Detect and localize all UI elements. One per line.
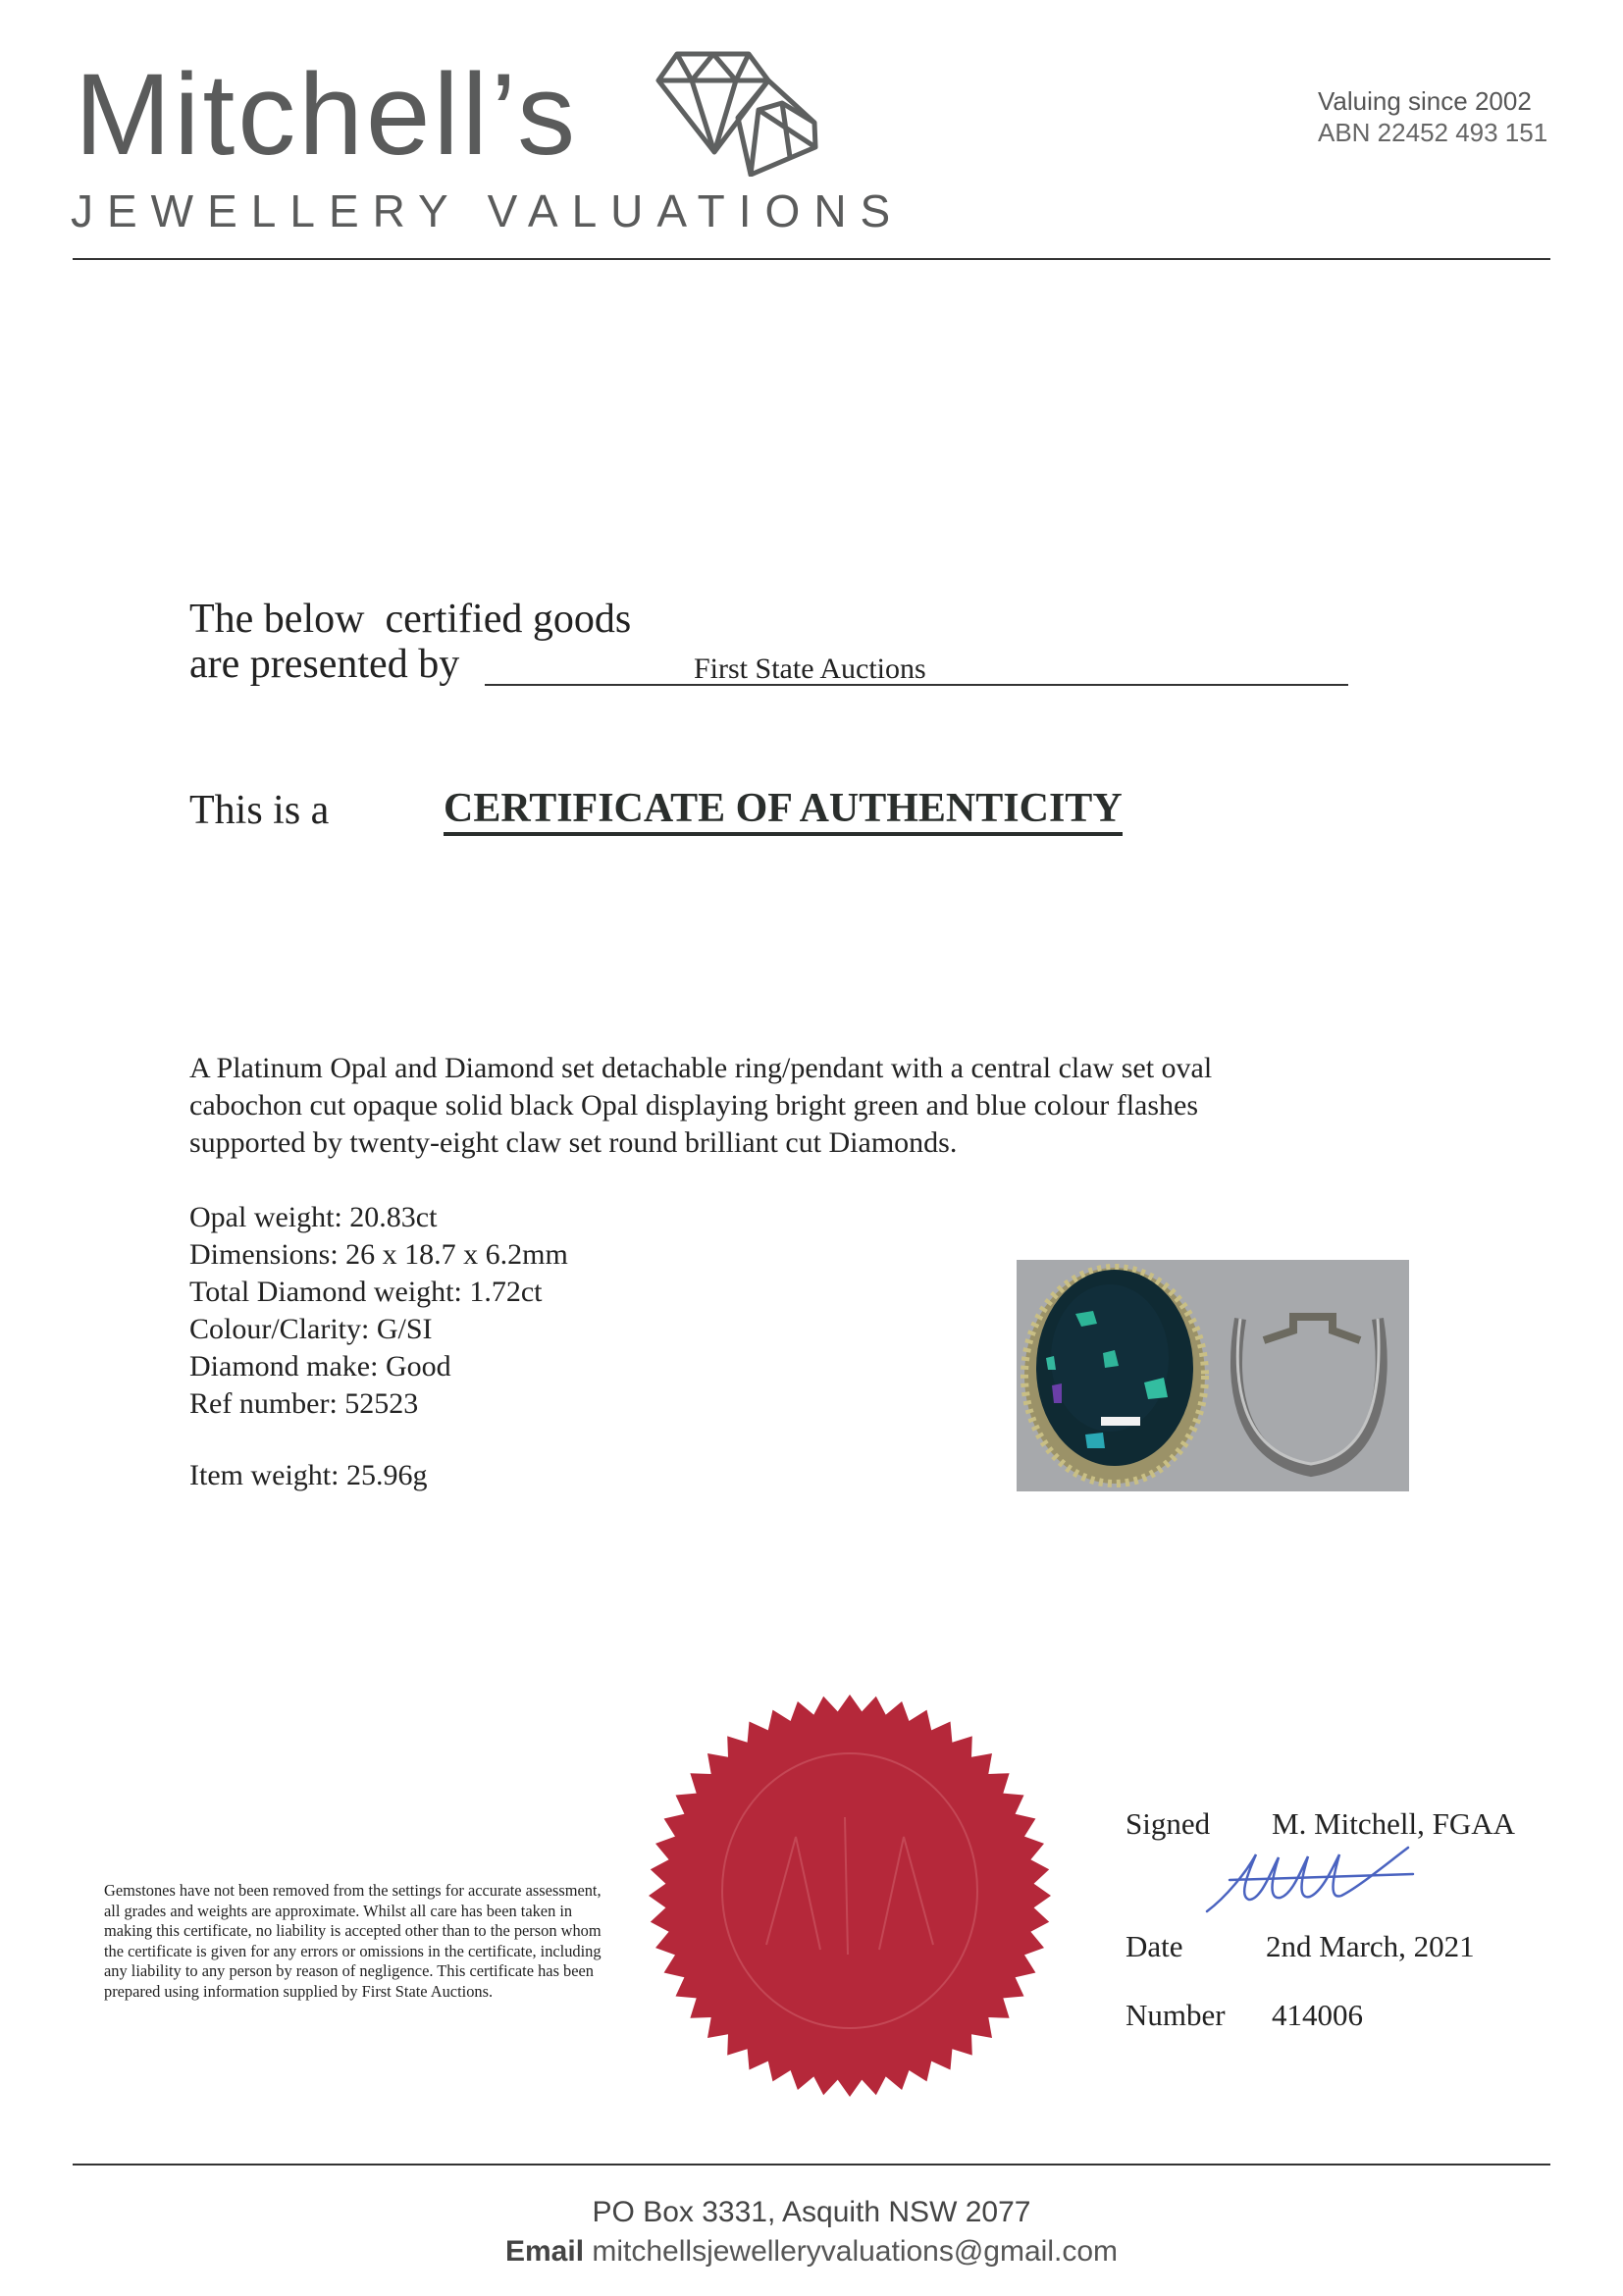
footer-divider bbox=[73, 2164, 1550, 2166]
spec-diamond-weight: Total Diamond weight: 1.72ct bbox=[189, 1274, 568, 1311]
spec-opal-weight: Opal weight: 20.83ct bbox=[189, 1199, 568, 1236]
disclaimer-text: Gemstones have not been removed from the… bbox=[104, 1881, 614, 2002]
two-diamonds-icon bbox=[643, 49, 819, 177]
date-value: 2nd March, 2021 bbox=[1266, 1931, 1475, 1961]
footer-email-line: Email mitchellsjewelleryvaluations@gmail… bbox=[0, 2235, 1623, 2269]
item-weight: Item weight: 25.96g bbox=[189, 1459, 427, 1492]
handwritten-signature-icon bbox=[1202, 1843, 1418, 1916]
certificate-title: CERTIFICATE OF AUTHENTICITY bbox=[444, 788, 1123, 836]
email-link[interactable]: mitchellsjewelleryvaluations@gmail.com bbox=[592, 2235, 1118, 2268]
presenter-name: First State Auctions bbox=[694, 652, 926, 686]
spec-colour-clarity: Colour/Clarity: G/SI bbox=[189, 1311, 568, 1348]
opal-pendant-and-ring-photo bbox=[1017, 1260, 1409, 1491]
footer-address: PO Box 3331, Asquith NSW 2077 bbox=[0, 2196, 1623, 2229]
certificate-number: 414006 bbox=[1272, 2000, 1363, 2030]
signed-label: Signed bbox=[1126, 1808, 1210, 1839]
presenter-underline bbox=[485, 684, 1348, 686]
brand-subtitle: JEWELLERY VALUATIONS bbox=[71, 188, 904, 234]
item-description: A Platinum Opal and Diamond set detachab… bbox=[189, 1050, 1318, 1162]
certificate-prefix: This is a bbox=[189, 790, 329, 831]
number-label: Number bbox=[1126, 2000, 1226, 2030]
email-label: Email bbox=[505, 2235, 584, 2268]
presented-line-1: The below certified goods bbox=[189, 599, 631, 640]
spec-ref-number: Ref number: 52523 bbox=[189, 1385, 568, 1423]
spec-dimensions: Dimensions: 26 x 18.7 x 6.2mm bbox=[189, 1236, 568, 1274]
date-label: Date bbox=[1126, 1931, 1183, 1961]
red-embossed-seal-icon bbox=[644, 1690, 1056, 2102]
presented-line-2: are presented by bbox=[189, 644, 459, 685]
item-specs: Opal weight: 20.83ct Dimensions: 26 x 18… bbox=[189, 1199, 568, 1423]
abn-number: ABN 22452 493 151 bbox=[1318, 118, 1547, 148]
signer-name: M. Mitchell, FGAA bbox=[1272, 1808, 1515, 1839]
spec-diamond-make: Diamond make: Good bbox=[189, 1348, 568, 1385]
header-divider bbox=[73, 258, 1550, 260]
brand-name: Mitchell’s bbox=[75, 57, 578, 173]
tagline: Valuing since 2002 bbox=[1318, 86, 1532, 117]
